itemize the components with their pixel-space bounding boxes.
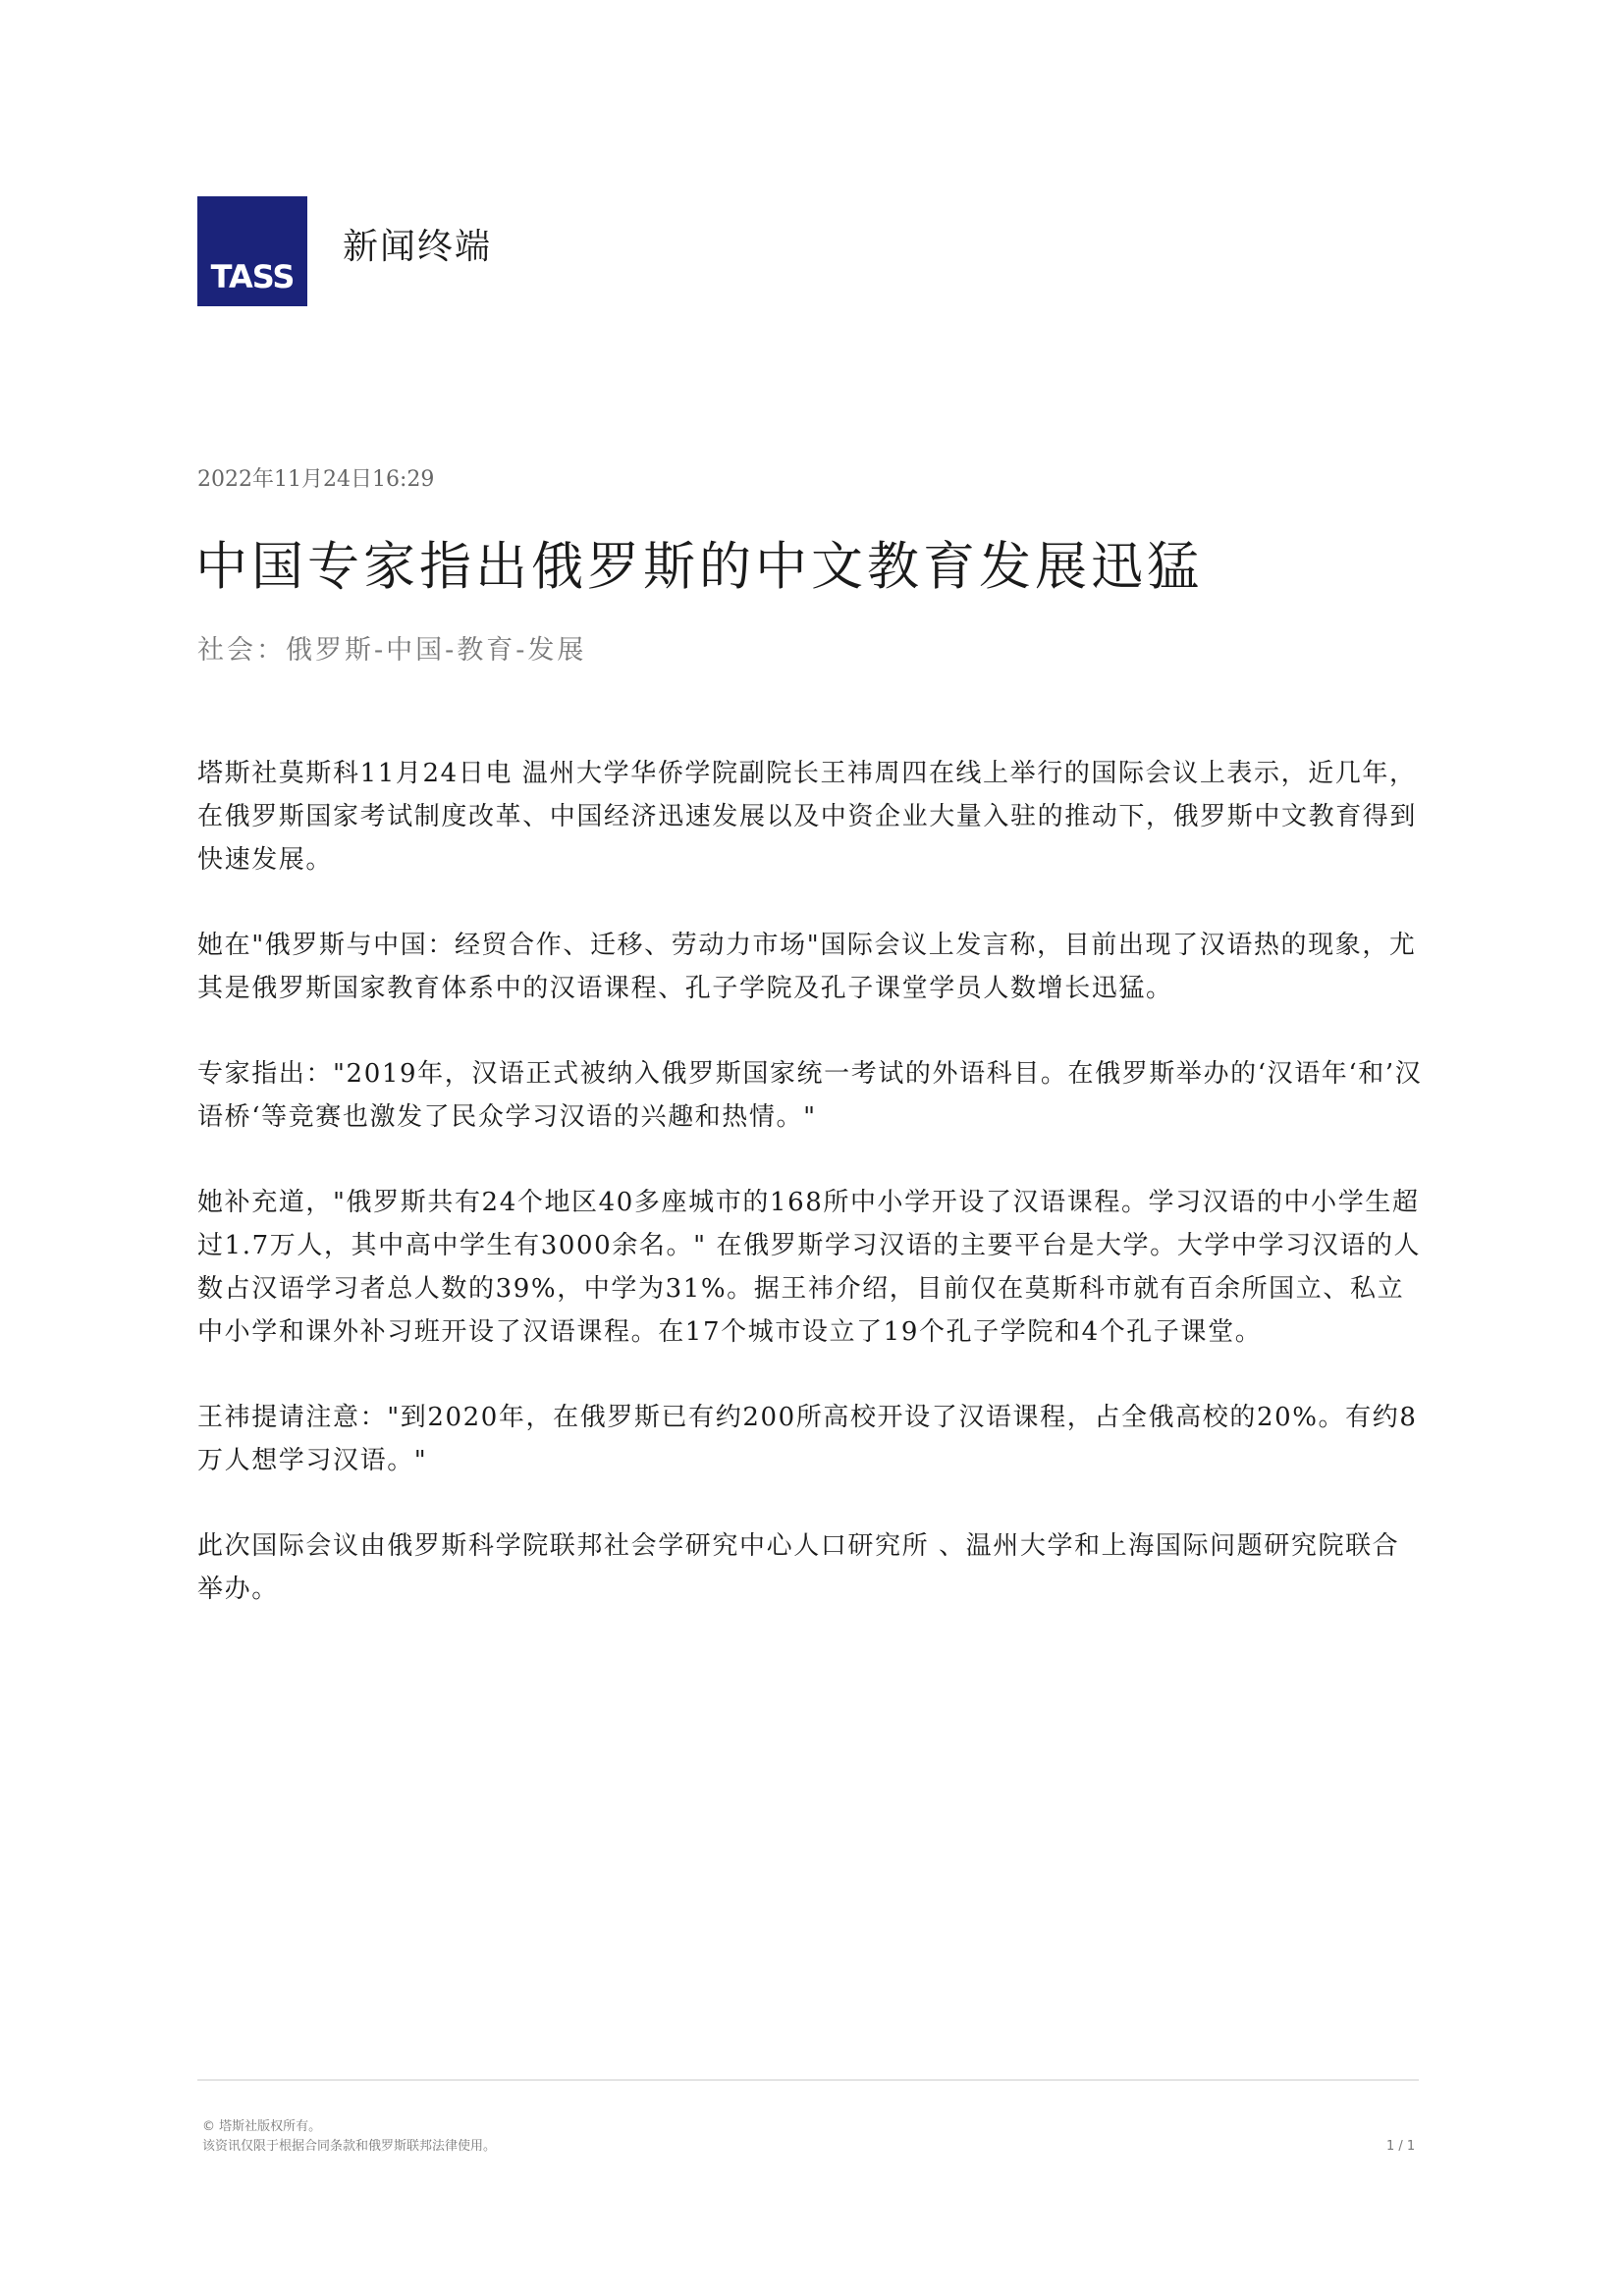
article-paragraph: 专家指出："2019年，汉语正式被纳入俄罗斯国家统一考试的外语科目。在俄罗斯举办… [197,1052,1425,1139]
footer-copyright: © 塔斯社版权所有。 [202,2117,496,2137]
tass-logo: TASS [197,196,307,306]
header-title: 新闻终端 [343,224,492,271]
article-paragraph: 王祎提请注意："到2020年，在俄罗斯已有约200所高校开设了汉语课程，占全俄高… [197,1396,1425,1482]
article-paragraph: 她在"俄罗斯与中国：经贸合作、迁移、劳动力市场"国际会议上发言称，目前出现了汉语… [197,924,1425,1010]
article-body: 塔斯社莫斯科11月24日电 温州大学华侨学院副院长王祎周四在线上举行的国际会议上… [197,752,1425,1653]
article-paragraph: 此次国际会议由俄罗斯科学院联邦社会学研究中心人口研究所 、温州大学和上海国际问题… [197,1524,1425,1611]
article-datetime: 2022年11月24日16:29 [197,465,434,495]
article-tags: 社会：俄罗斯-中国-教育-发展 [197,632,586,669]
footer-legal: © 塔斯社版权所有。 该资讯仅限于根据合同条款和俄罗斯联邦法律使用。 [202,2117,496,2157]
document-page: TASS 新闻终端 2022年11月24日16:29 中国专家指出俄罗斯的中文教… [0,0,1624,2296]
article-paragraph: 塔斯社莫斯科11月24日电 温州大学华侨学院副院长王祎周四在线上举行的国际会议上… [197,752,1425,881]
article-paragraph: 她补充道，"俄罗斯共有24个地区40多座城市的168所中小学开设了汉语课程。学习… [197,1181,1425,1354]
footer-divider [197,2079,1419,2081]
tass-logo-text: TASS [203,261,301,293]
footer-disclaimer: 该资讯仅限于根据合同条款和俄罗斯联邦法律使用。 [202,2137,496,2157]
page-indicator: 1 / 1 [1386,2137,1415,2157]
article-headline: 中国专家指出俄罗斯的中文教育发展迅猛 [195,535,1203,600]
